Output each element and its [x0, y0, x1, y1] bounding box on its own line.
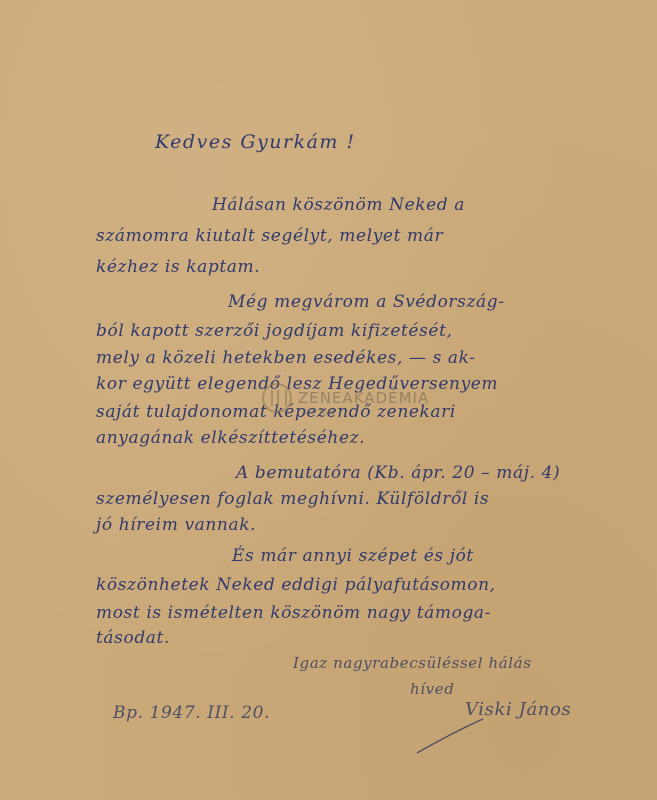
watermark-subtext: ZTI MÚZ	[306, 409, 335, 416]
closing-line: híved	[410, 682, 454, 697]
letter-line: mely a közeli hetekben esedékes, — s ak-	[96, 350, 476, 367]
letter-line: köszönhetek Neked eddigi pályafutásomon,	[96, 577, 496, 594]
letter-line: személyesen foglak meghívni. Külföldről …	[96, 491, 489, 508]
watermark-text: ZENEAKADÉMIA	[298, 389, 429, 407]
letter-line: Még megvárom a Svédország-	[228, 294, 505, 311]
salutation: Kedves Gyurkám !	[155, 133, 356, 152]
letter-line: És már annyi szépet és jót	[232, 548, 474, 565]
watermark: ZENEAKADÉMIA	[262, 383, 429, 413]
signature-name: Viski János	[465, 701, 571, 719]
lyre-logo-icon	[262, 383, 292, 413]
letter-page: Kedves Gyurkám ! Hálásan köszönöm Neked …	[0, 0, 657, 800]
letter-date: Bp. 1947. III. 20.	[113, 705, 270, 722]
closing-line: Igaz nagyrabecsüléssel hálás	[293, 656, 532, 671]
letter-line: Hálásan köszönöm Neked a	[212, 197, 465, 214]
letter-line: ból kapott szerzői jogdíjam kifizetését,	[96, 323, 453, 340]
letter-line: anyagának elkészíttetéséhez.	[96, 430, 365, 447]
letter-line: kézhez is kaptam.	[96, 259, 260, 276]
letter-line: tásodat.	[96, 630, 170, 647]
letter-line: A bemutatóra (Kb. ápr. 20 – máj. 4)	[236, 465, 560, 482]
letter-line: most is ismételten köszönöm nagy támoga-	[96, 605, 491, 622]
signature: Viski János	[415, 697, 605, 757]
letter-line: számomra kiutalt segélyt, melyet már	[96, 228, 443, 245]
letter-line: jó híreim vannak.	[96, 517, 256, 534]
